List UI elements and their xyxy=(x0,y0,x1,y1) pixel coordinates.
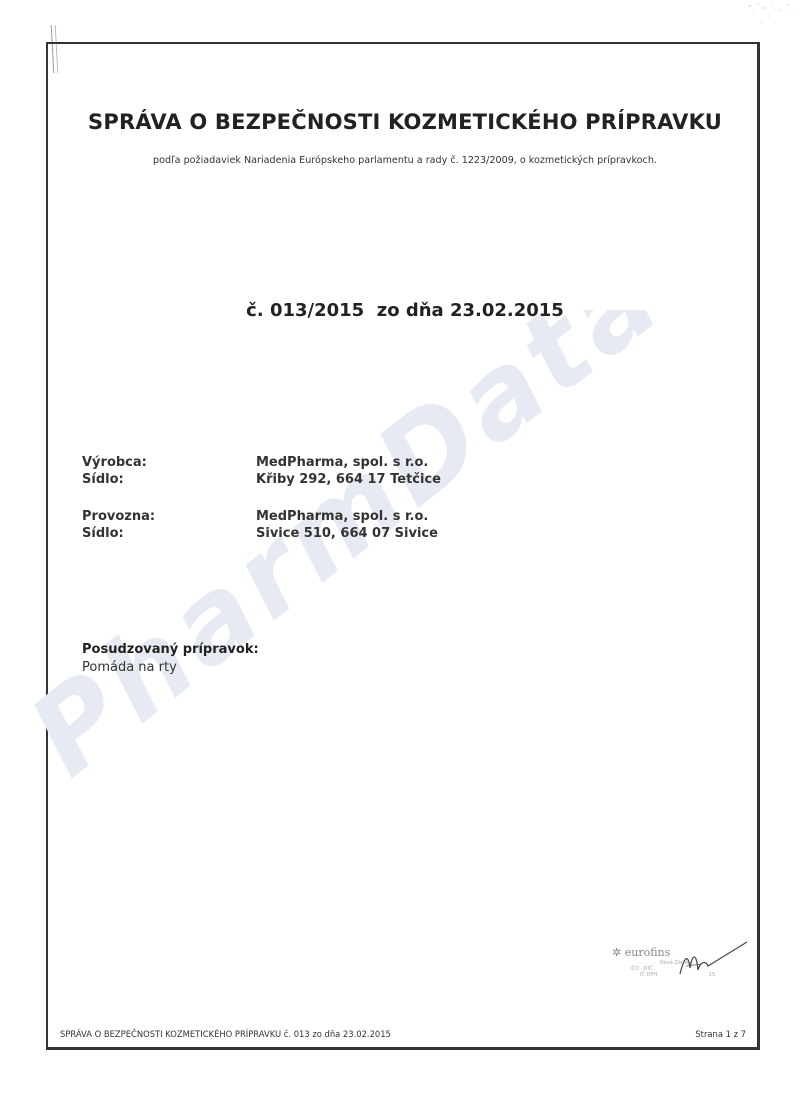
eurofins-logo: ✲ eurofins xyxy=(612,946,670,959)
facility-address-value: Sivice 510, 664 07 Sivice xyxy=(256,526,438,541)
document-page: SPRÁVA O BEZPEČNOSTI KOZMETICKÉHO PRÍPRA… xyxy=(0,0,800,1100)
manufacturer-row: Výrobca: MedPharma, spol. s r.o. xyxy=(82,455,428,470)
facility-address-label: Sídlo: xyxy=(82,526,256,541)
footer-page-number: Strana 1 z 7 xyxy=(695,1029,746,1039)
certification-stamp: ✲ eurofins Nové Zámky IČO · DIČ IČ DPH 1… xyxy=(612,940,762,990)
facility-address-row: Sídlo: Sivice 510, 664 07 Sivice xyxy=(82,526,438,541)
document-number: č. 013/2015 zo dňa 23.02.2015 xyxy=(48,300,762,321)
assessed-product-value: Pomáda na rty xyxy=(82,660,177,675)
facility-label: Provozna: xyxy=(82,509,256,524)
facility-value: MedPharma, spol. s r.o. xyxy=(256,509,428,524)
manufacturer-label: Výrobca: xyxy=(82,455,256,470)
document-title: SPRÁVA O BEZPEČNOSTI KOZMETICKÉHO PRÍPRA… xyxy=(48,110,762,134)
manufacturer-address-value: Křiby 292, 664 17 Tetčice xyxy=(256,472,441,487)
assessed-product-label: Posudzovaný prípravok: xyxy=(82,642,259,657)
manufacturer-address-row: Sídlo: Křiby 292, 664 17 Tetčice xyxy=(82,472,441,487)
asterisk-logo-icon: ✲ xyxy=(612,946,625,959)
footer-document-reference: SPRÁVA O BEZPEČNOSTI KOZMETICKÉHO PRÍPRA… xyxy=(60,1029,391,1039)
manufacturer-value: MedPharma, spol. s r.o. xyxy=(256,455,428,470)
facility-row: Provozna: MedPharma, spol. s r.o. xyxy=(82,509,428,524)
document-subtitle: podľa požiadaviek Nariadenia Európskeho … xyxy=(48,155,762,166)
signature xyxy=(672,938,752,978)
manufacturer-address-label: Sídlo: xyxy=(82,472,256,487)
